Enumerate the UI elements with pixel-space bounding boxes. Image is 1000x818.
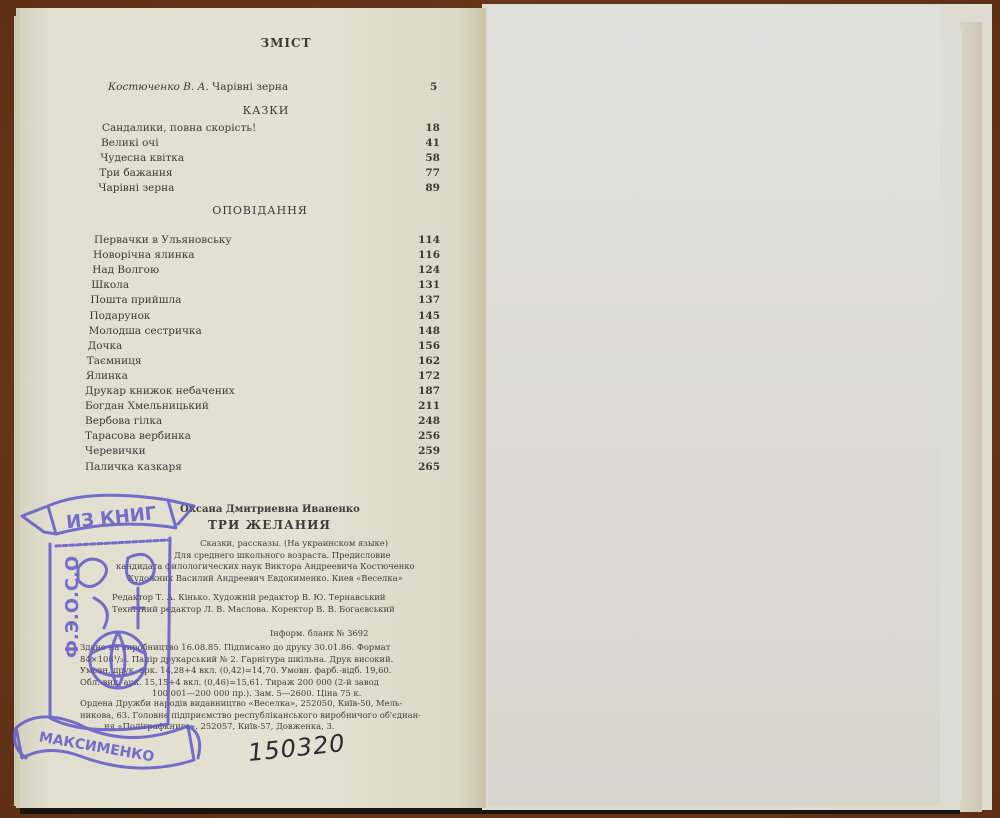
toc-entry-page: 172	[410, 370, 440, 382]
toc-entry-title: Великі очі	[101, 137, 158, 149]
toc-entry: Таємниця	[87, 355, 142, 367]
toc-entry: Чарівні зерна	[98, 182, 174, 194]
section-heading-kazky: КАЗКИ	[186, 104, 346, 117]
toc-entry-page: 89	[410, 182, 440, 194]
toc-intro-title: Чарівні зерна	[212, 81, 288, 93]
toc-entry: Тарасова вербинка	[85, 430, 191, 442]
toc-entry-title: Богдан Хмельницький	[85, 400, 209, 412]
toc-entry-page: 256	[410, 430, 440, 442]
toc-entry-title: Новорічна ялинка	[93, 249, 194, 261]
toc-entry-title: Первачки в Ульяновську	[94, 234, 232, 246]
toc-entry: Друкар книжок небачених	[85, 385, 235, 397]
toc-entry-title: Школа	[91, 279, 129, 291]
toc-entry-page: 162	[410, 355, 440, 367]
toc-entry: Ялинка	[86, 370, 128, 382]
toc-entry-page: 259	[410, 445, 440, 457]
toc-entry: Над Волгою	[92, 264, 159, 276]
toc-entry-page: 41	[410, 137, 440, 149]
toc-intro-page: 5	[430, 81, 437, 93]
toc-entry: Дочка	[88, 340, 123, 352]
toc-entry-title: Тарасова вербинка	[85, 430, 191, 442]
toc-entry: Вербова гілка	[85, 415, 162, 427]
toc-entry-page: 211	[410, 400, 440, 412]
toc-entry-title: Чарівні зерна	[98, 182, 174, 194]
toc-entry-title: Над Волгою	[92, 264, 159, 276]
toc-entry-title: Таємниця	[87, 355, 142, 367]
blank-right-page	[488, 6, 940, 806]
toc-entry-title: Пошта прийшла	[90, 294, 181, 306]
toc-entry: Новорічна ялинка	[93, 249, 194, 261]
toc-entry: Подарунок	[90, 310, 151, 322]
toc-entry: Сандалики, повна скорість!	[102, 122, 256, 134]
toc-entry-page: 265	[410, 461, 440, 473]
toc-entry-page: 18	[410, 122, 440, 134]
toc-entry-title: Вербова гілка	[85, 415, 162, 427]
toc-entry-page: 131	[410, 279, 440, 291]
toc-entry-page: 124	[410, 264, 440, 276]
toc-entry-page: 148	[410, 325, 440, 337]
toc-entry-page: 187	[410, 385, 440, 397]
colophon-inform: Інформ. бланк № 3692	[270, 628, 368, 640]
toc-entry: Великі очі	[101, 137, 158, 149]
toc-entry: Три бажання	[99, 167, 172, 179]
toc-entry-title: Друкар книжок небачених	[85, 385, 235, 397]
toc-entry-title: Три бажання	[99, 167, 172, 179]
toc-intro: Костюченко В. А. Чарівні зерна	[108, 81, 288, 93]
toc-entry-title: Паличка казкаря	[85, 461, 182, 473]
stamp-side-text: Ф.Э.О.С.О	[62, 556, 83, 658]
ex-libris-stamp: ИЗ КНИГ МАКСИМЕНКО Ф.Э.О.С.О	[8, 488, 208, 778]
toc-entry-title: Черевички	[85, 445, 146, 457]
page-number: 5	[430, 81, 437, 93]
toc-entry-title: Ялинка	[86, 370, 128, 382]
section-heading-opovidannia: ОПОВІДАННЯ	[180, 204, 340, 217]
toc-entry: Первачки в Ульяновську	[94, 234, 232, 246]
toc-entry-title: Молодша сестричка	[89, 325, 202, 337]
toc-intro-author: Костюченко В. А.	[108, 81, 209, 93]
toc-entry-page: 116	[410, 249, 440, 261]
toc-entry-page: 77	[410, 167, 440, 179]
toc-entry-title: Чудесна квітка	[100, 152, 184, 164]
toc-entry-page: 248	[410, 415, 440, 427]
toc-entry: Богдан Хмельницький	[85, 400, 209, 412]
toc-entry: Паличка казкаря	[85, 461, 182, 473]
stamp-top-text: ИЗ КНИГ	[65, 503, 157, 533]
toc-entry-title: Сандалики, повна скорість!	[102, 122, 256, 134]
toc-entry: Школа	[91, 279, 129, 291]
cover-edge	[960, 22, 982, 812]
toc-entry-page: 156	[410, 340, 440, 352]
toc-entry: Пошта прийшла	[90, 294, 181, 306]
toc-entry: Чудесна квітка	[100, 152, 184, 164]
toc-entry-title: Подарунок	[90, 310, 151, 322]
colophon-book-title: ТРИ ЖЕЛАНИЯ	[208, 520, 331, 532]
toc-entry: Черевички	[85, 445, 146, 457]
toc-entry-page: 137	[410, 294, 440, 306]
toc-entry-page: 114	[410, 234, 440, 246]
toc-entry-page: 145	[410, 310, 440, 322]
toc-entry-page: 58	[410, 152, 440, 164]
handwritten-inventory-number: 150320	[247, 729, 347, 767]
toc-entry-title: Дочка	[88, 340, 123, 352]
toc-title: ЗМІСТ	[226, 36, 346, 50]
toc-entry: Молодша сестричка	[89, 325, 202, 337]
